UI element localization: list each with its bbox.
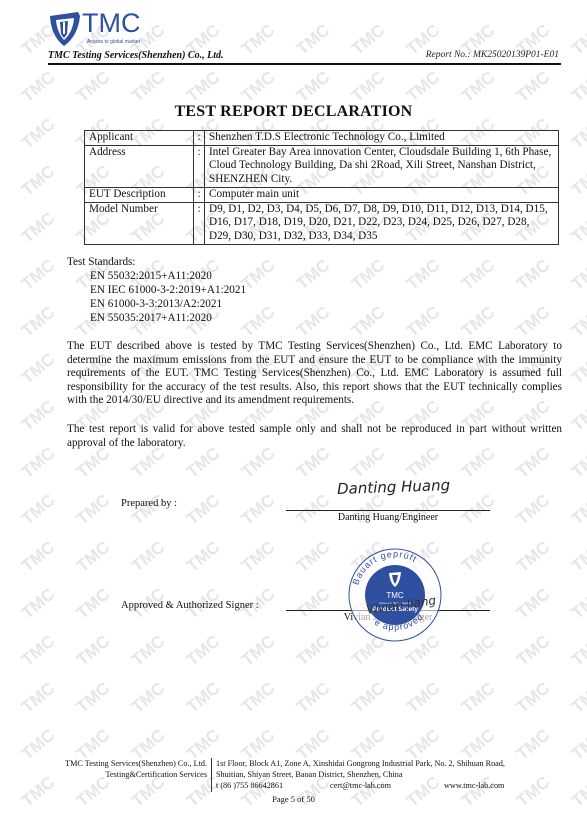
watermark-mark: TMC: [568, 585, 587, 624]
footer-email[interactable]: cert@tmc-lab.com: [330, 780, 444, 791]
page-number: Page 5 of 50: [0, 794, 587, 804]
table-row-eut-description: EUT Description : Computer main unit: [85, 187, 559, 202]
watermark-mark: TMC: [568, 773, 587, 812]
watermark-mark: TMC: [18, 491, 59, 530]
watermark-mark: TMC: [568, 632, 587, 671]
watermark-mark: TMC: [403, 303, 444, 342]
declaration-info-table: Applicant : Shenzhen T.D.S Electronic Te…: [84, 130, 559, 245]
watermark-mark: TMC: [513, 773, 554, 812]
watermark-mark: TMC: [348, 303, 389, 342]
watermark-mark: TMC: [403, 679, 444, 718]
watermark-mark: TMC: [73, 585, 114, 624]
watermark-mark: TMC: [568, 303, 587, 342]
watermark-mark: TMC: [513, 491, 554, 530]
watermark-mark: TMC: [348, 256, 389, 295]
row-value: Intel Greater Bay Area innovation Center…: [205, 145, 559, 187]
declaration-paragraph: The EUT described above is tested by TMC…: [67, 340, 562, 408]
watermark-mark: TMC: [458, 68, 499, 107]
watermark-mark: TMC: [18, 773, 59, 812]
watermark-mark: TMC: [348, 679, 389, 718]
row-label: Model Number: [85, 202, 194, 244]
watermark-mark: TMC: [513, 726, 554, 765]
watermark-mark: TMC: [73, 632, 114, 671]
watermark-mark: TMC: [18, 209, 59, 248]
watermark-mark: TMC: [513, 632, 554, 671]
watermark-mark: TMC: [513, 679, 554, 718]
watermark-mark: TMC: [568, 68, 587, 107]
watermark-mark: TMC: [513, 585, 554, 624]
watermark-mark: TMC: [238, 68, 279, 107]
watermark-mark: TMC: [568, 21, 587, 60]
watermark-mark: TMC: [183, 68, 224, 107]
watermark-mark: TMC: [568, 538, 587, 577]
watermark-mark: TMC: [568, 444, 587, 483]
standard-item: EN 55032:2015+A11:2020: [90, 269, 246, 283]
watermark-mark: TMC: [18, 444, 59, 483]
footer-company: TMC Testing Services(Shenzhen) Co., Ltd.…: [65, 758, 207, 780]
watermark-mark: TMC: [18, 679, 59, 718]
row-label: EUT Description: [85, 187, 194, 202]
row-separator: :: [194, 145, 205, 187]
watermark-mark: TMC: [18, 303, 59, 342]
watermark-mark: TMC: [568, 397, 587, 436]
header-rule: [48, 63, 561, 65]
watermark-mark: TMC: [293, 679, 334, 718]
watermark-mark: TMC: [238, 632, 279, 671]
watermark-mark: TMC: [18, 162, 59, 201]
watermark-mark: TMC: [18, 538, 59, 577]
logo-wordmark: TMC: [82, 8, 140, 39]
row-label: Address: [85, 145, 194, 187]
watermark-mark: TMC: [293, 68, 334, 107]
standards-heading: Test Standards:: [67, 256, 136, 268]
watermark-mark: TMC: [568, 350, 587, 389]
prepared-by-name: Danting Huang/Engineer: [286, 512, 490, 523]
footer-website[interactable]: www.tmc-lab.com: [444, 780, 504, 791]
row-separator: :: [194, 202, 205, 244]
watermark-mark: TMC: [458, 256, 499, 295]
footer-phone: t (86 )755 86642861: [216, 780, 330, 791]
footer-company-service: Testing&Certification Services: [65, 769, 207, 780]
watermark-mark: TMC: [18, 726, 59, 765]
row-value: Shenzhen T.D.S Electronic Technology Co.…: [205, 131, 559, 146]
footer-company-name: TMC Testing Services(Shenzhen) Co., Ltd.: [65, 758, 207, 769]
table-row-model-number: Model Number : D9, D1, D2, D3, D4, D5, D…: [85, 202, 559, 244]
footer-address-line1: 1st Floor, Block A1, Zone A, Xinshidai G…: [216, 758, 505, 769]
watermark-mark: TMC: [18, 632, 59, 671]
logo-tagline: Access to global market: [87, 39, 140, 45]
footer-address-line2: Shuitian, Shiyan Street, Baoan District,…: [216, 769, 505, 780]
table-row-address: Address : Intel Greater Bay Area innovat…: [85, 145, 559, 187]
footer-divider: [211, 758, 212, 792]
footer-contacts: t (86 )755 86642861 cert@tmc-lab.com www…: [216, 780, 505, 791]
watermark-mark: TMC: [458, 538, 499, 577]
watermark-mark: TMC: [458, 632, 499, 671]
header-company-name: TMC Testing Services(Shenzhen) Co., Ltd.: [48, 50, 223, 61]
watermark-mark: TMC: [348, 21, 389, 60]
watermark-mark: TMC: [513, 538, 554, 577]
watermark-mark: TMC: [458, 679, 499, 718]
watermark-mark: TMC: [18, 350, 59, 389]
watermark-mark: TMC: [18, 585, 59, 624]
watermark-mark: TMC: [73, 538, 114, 577]
watermark-mark: TMC: [128, 68, 169, 107]
watermark-mark: TMC: [568, 679, 587, 718]
watermark-mark: TMC: [18, 256, 59, 295]
watermark-mark: TMC: [458, 303, 499, 342]
validity-paragraph: The test report is valid for above teste…: [67, 423, 562, 450]
watermark-mark: TMC: [128, 632, 169, 671]
watermark-mark: TMC: [128, 538, 169, 577]
row-separator: :: [194, 187, 205, 202]
row-separator: :: [194, 131, 205, 146]
prepared-by-label: Prepared by :: [121, 498, 177, 509]
watermark-mark: TMC: [238, 21, 279, 60]
watermark-mark: TMC: [183, 632, 224, 671]
prepared-signature-line: [286, 510, 490, 511]
watermark-mark: TMC: [513, 256, 554, 295]
watermark-mark: TMC: [183, 679, 224, 718]
watermark-mark: TMC: [183, 538, 224, 577]
standards-list: EN 55032:2015+A11:2020 EN IEC 61000-3-2:…: [90, 269, 246, 325]
watermark-mark: TMC: [293, 303, 334, 342]
watermark-mark: TMC: [513, 303, 554, 342]
report-number: Report No.: MK25020139P01-E01: [426, 50, 559, 60]
watermark-mark: TMC: [128, 491, 169, 530]
watermark-mark: TMC: [568, 256, 587, 295]
watermark-mark: TMC: [238, 491, 279, 530]
page-title: TEST REPORT DECLARATION: [0, 103, 587, 121]
watermark-mark: TMC: [403, 68, 444, 107]
standard-item: EN 61000-3-3:2013/A2:2021: [90, 297, 246, 311]
watermark-mark: TMC: [18, 68, 59, 107]
watermark-mark: TMC: [568, 726, 587, 765]
watermark-mark: TMC: [568, 162, 587, 201]
watermark-mark: TMC: [73, 679, 114, 718]
row-value: Computer main unit: [205, 187, 559, 202]
approved-by-label: Approved & Authorized Signer :: [121, 600, 259, 611]
prepared-signature: Danting Huang: [337, 476, 451, 498]
table-row-applicant: Applicant : Shenzhen T.D.S Electronic Te…: [85, 131, 559, 146]
watermark-mark: TMC: [348, 68, 389, 107]
watermark-mark: TMC: [568, 209, 587, 248]
tmc-watermark: TMCTMCTMCTMCTMCTMCTMCTMCTMCTMCTMCTMCTMCT…: [0, 0, 587, 827]
watermark-mark: TMC: [238, 679, 279, 718]
row-value: D9, D1, D2, D3, D4, D5, D6, D7, D8, D9, …: [205, 202, 559, 244]
standard-item: EN 55035:2017+A11:2020: [90, 311, 246, 325]
watermark-mark: TMC: [128, 679, 169, 718]
watermark-mark: TMC: [73, 491, 114, 530]
standard-item: EN IEC 61000-3-2:2019+A1:2021: [90, 283, 246, 297]
watermark-mark: TMC: [403, 256, 444, 295]
watermark-mark: TMC: [568, 491, 587, 530]
watermark-mark: TMC: [293, 21, 334, 60]
row-label: Applicant: [85, 131, 194, 146]
watermark-mark: TMC: [293, 256, 334, 295]
watermark-mark: TMC: [183, 491, 224, 530]
watermark-mark: TMC: [73, 68, 114, 107]
watermark-mark: TMC: [293, 538, 334, 577]
watermark-mark: TMC: [293, 632, 334, 671]
watermark-mark: TMC: [513, 68, 554, 107]
watermark-mark: TMC: [18, 397, 59, 436]
footer-contact-block: 1st Floor, Block A1, Zone A, Xinshidai G…: [216, 758, 505, 791]
watermark-mark: TMC: [238, 538, 279, 577]
